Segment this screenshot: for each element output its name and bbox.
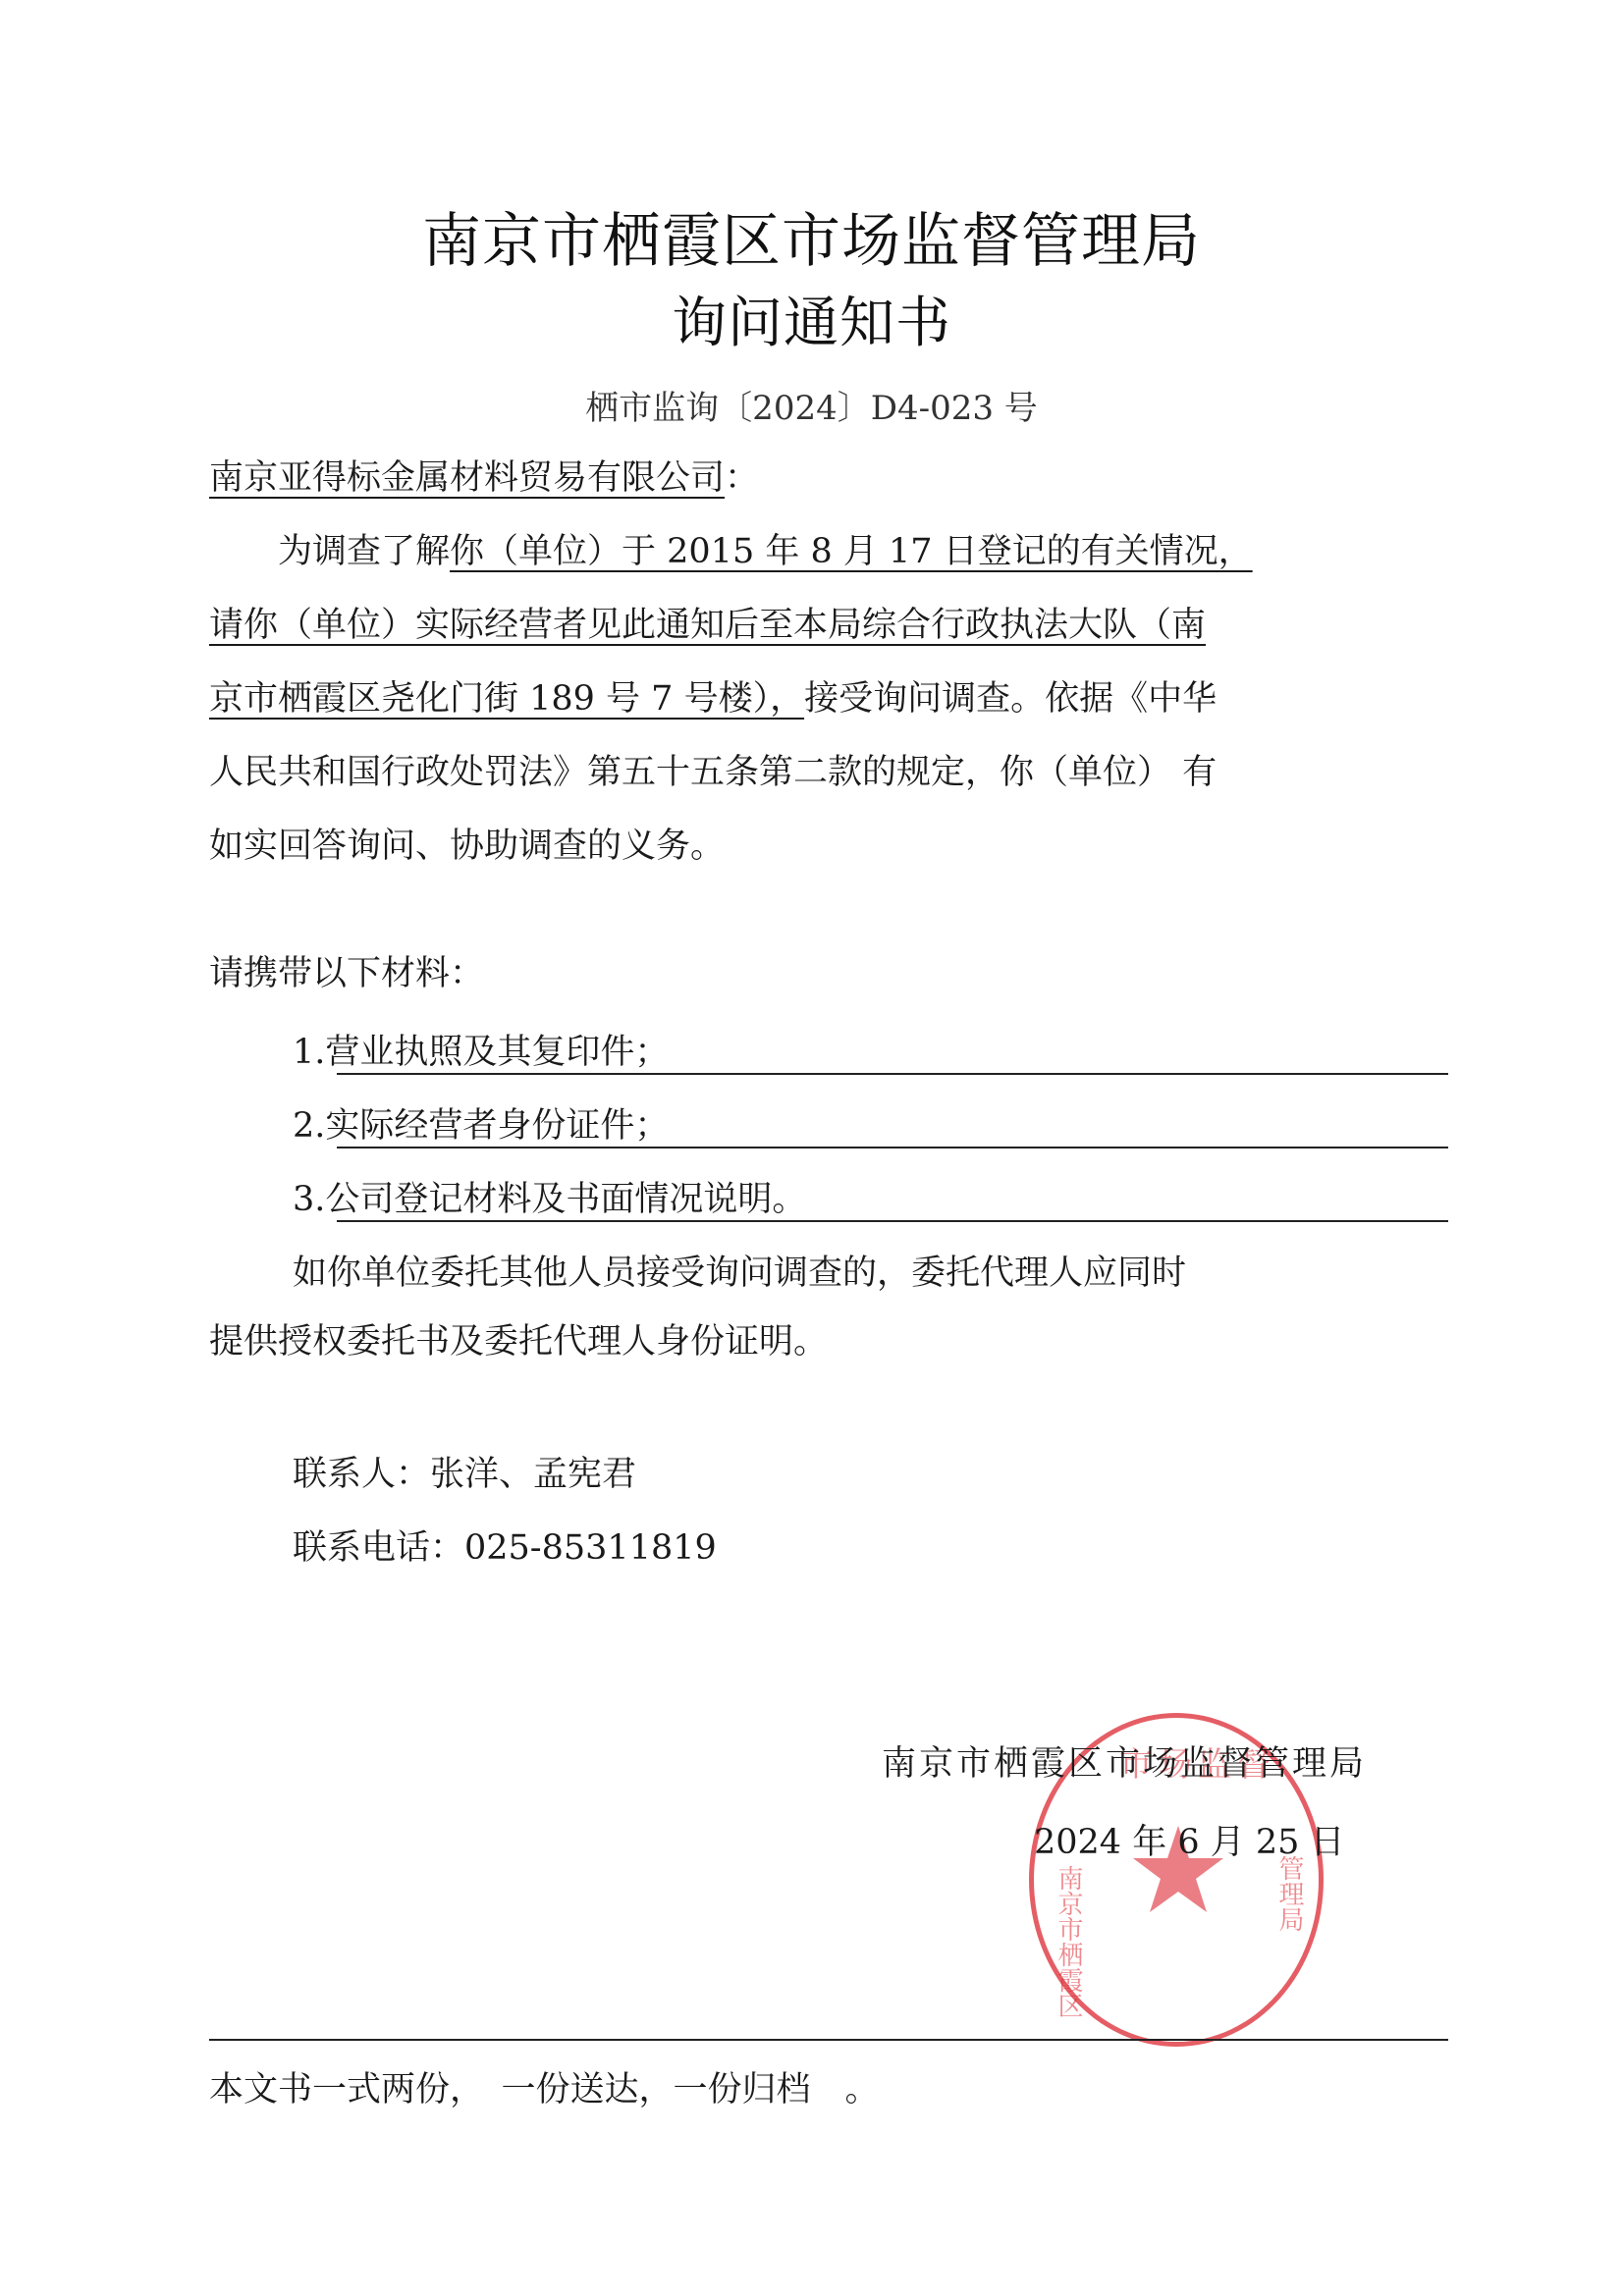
contact-phone: 联系电话：025-85311819 <box>293 1524 717 1572</box>
material-item: 3.公司登记材料及书面情况说明。 <box>293 1176 806 1223</box>
para1-line4: 人民共和国行政处罚法》第五十五条第二款的规定，你（单位） 有 <box>209 749 1217 796</box>
material-underline <box>337 1220 1448 1222</box>
seal-text-right: 管理局 <box>1271 1855 1308 1932</box>
material-item: 1.营业执照及其复印件； <box>293 1029 669 1076</box>
doc-title: 询问通知书 <box>0 280 1623 358</box>
para1-line1: 为调查了解你（单位）于 2015 年 8 月 17 日登记的有关情况， <box>278 528 1253 575</box>
signature-org: 南京市栖霞区市场监督管理局 <box>882 1740 1367 1788</box>
para2-line1: 如你单位委托其他人员接受询问调查的，委托代理人应同时 <box>293 1250 1186 1297</box>
signature-date: 2024 年 6 月 25 日 <box>1034 1819 1345 1866</box>
footer-divider <box>209 2039 1448 2041</box>
material-underline <box>337 1073 1448 1075</box>
footer-note: 本文书一式两份， 一份送达，一份归档 。 <box>209 2066 880 2113</box>
org-title: 南京市栖霞区市场监督管理局 <box>0 194 1623 279</box>
doc-number: 栖市监询〔2024〕D4-023 号 <box>0 381 1623 429</box>
materials-heading: 请携带以下材料： <box>209 950 484 997</box>
para1-line2: 请你（单位）实际经营者见此通知后至本局综合行政执法大队（南 <box>209 602 1206 649</box>
recipient-company: 南京亚得标金属材料贸易有限公司 <box>209 458 725 498</box>
seal-text-left: 南京市栖霞区 <box>1051 1865 1087 2018</box>
para1-line5: 如实回答询问、协助调查的义务。 <box>209 823 725 870</box>
para1-line3: 京市栖霞区尧化门街 189 号 7 号楼），接受询问调查。依据《中华 <box>209 675 1217 722</box>
contact-person: 联系人：张洋、孟宪君 <box>293 1451 636 1498</box>
para2-line2: 提供授权委托书及委托代理人身份证明。 <box>209 1318 828 1365</box>
salutation: 南京亚得标金属材料贸易有限公司： <box>209 454 759 502</box>
material-item: 2.实际经营者身份证件； <box>293 1102 669 1149</box>
material-underline <box>337 1147 1448 1148</box>
